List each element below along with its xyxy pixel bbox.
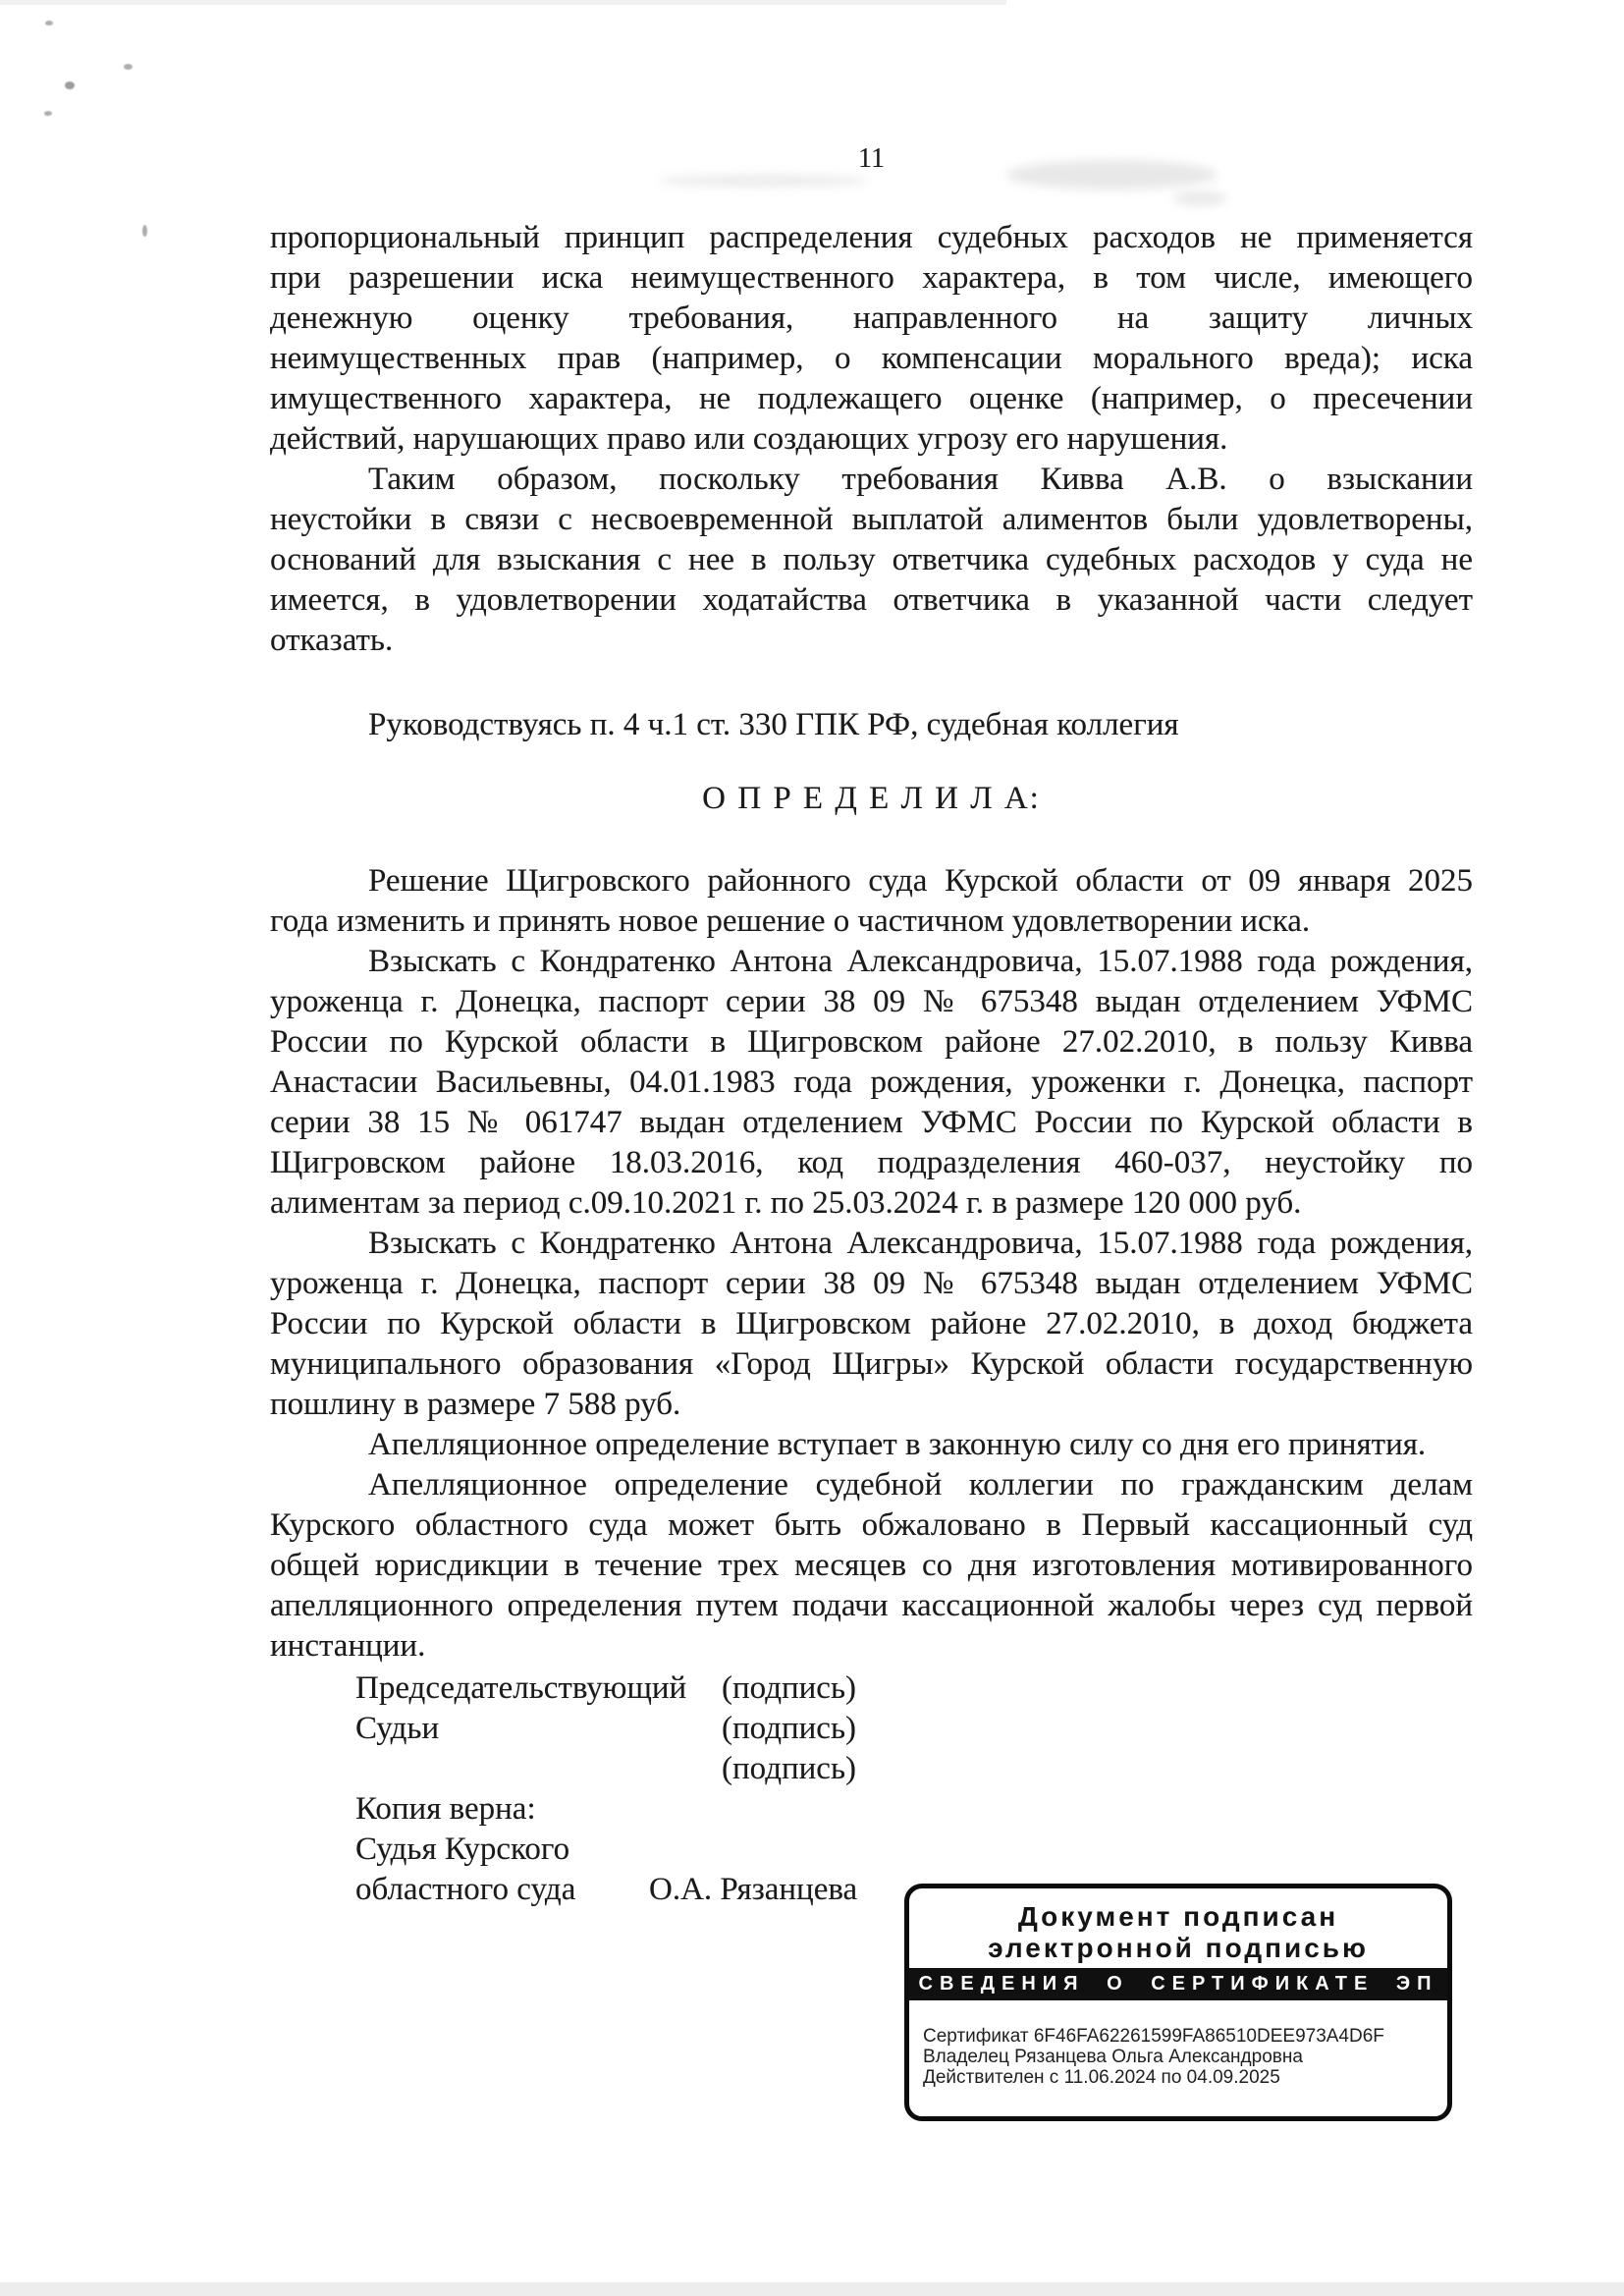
text-line: апелляционного определения путем подачи …: [270, 1586, 1473, 1626]
scan-smudge: [1173, 191, 1227, 205]
text-line: года изменить и принять новое решение о …: [270, 902, 1473, 942]
scan-speck: [65, 82, 75, 89]
scan-edge-bottom: [0, 2282, 1624, 2296]
signature-label: Судья Курского: [355, 1830, 722, 1870]
text-line: пропорциональный принцип распределения с…: [270, 218, 1473, 258]
scan-smudge: [658, 175, 869, 187]
text-line: Решение Щигровского районного суда Курск…: [270, 861, 1473, 902]
text-line: имеется, в удовлетворении ходатайства от…: [270, 580, 1473, 621]
text-line: при разрешении иска неимущественного хар…: [270, 258, 1473, 299]
paragraph: Руководствуясь п. 4 ч.1 ст. 330 ГПК РФ, …: [270, 705, 1473, 745]
text-line: отказать.: [270, 621, 1473, 661]
stamp-cert-number: Сертификат 6F46FA62261599FA86510DEE973A4…: [923, 2026, 1447, 2047]
text-line: имущественного характера, не подлежащего…: [270, 379, 1473, 419]
text-line: оснований для взыскания с нее в пользу о…: [270, 540, 1473, 580]
signature-label: Судьи: [355, 1709, 722, 1749]
text-line: уроженца г. Донецка, паспорт серии 38 09…: [270, 982, 1473, 1022]
document-page: 11 пропорциональный принцип распределени…: [0, 0, 1624, 2296]
signature-label: Копия верна:: [355, 1789, 722, 1830]
signature-label: Председательствующий: [355, 1668, 722, 1709]
scan-smudge: [1006, 160, 1218, 190]
signature-value: (подпись): [722, 1668, 856, 1709]
scan-speck: [44, 111, 52, 116]
text-line: неимущественных прав (например, о компен…: [270, 339, 1473, 379]
text-line: Таким образом, поскольку требования Кивв…: [270, 460, 1473, 500]
scan-speck: [45, 21, 53, 26]
text-line: Взыскать с Кондратенко Антона Александро…: [270, 942, 1473, 982]
text-line: Апелляционное определение судебной колле…: [270, 1465, 1473, 1505]
section-heading: О П Р Е Д Е Л И Л А:: [270, 779, 1473, 819]
stamp-title: Документ подписан электронной подписью: [909, 1901, 1447, 1964]
text-line: алиментам за период с.09.10.2021 г. по 2…: [270, 1183, 1473, 1224]
scan-edge-top: [0, 0, 1006, 5]
signature-label: [355, 1749, 722, 1789]
text-line: серии 38 15 № 061747 выдан отделением УФ…: [270, 1103, 1473, 1143]
text-line: Щигровском районе 18.03.2016, код подраз…: [270, 1143, 1473, 1183]
text-line: Взыскать с Кондратенко Антона Александро…: [270, 1224, 1473, 1264]
signature-value: (подпись): [722, 1709, 856, 1749]
page-number: 11: [270, 142, 1473, 176]
text-line: Руководствуясь п. 4 ч.1 ст. 330 ГПК РФ, …: [270, 705, 1473, 745]
signature-row: Председательствующий(подпись): [355, 1668, 1473, 1709]
text-line: неустойки в связи с несвоевременной выпл…: [270, 500, 1473, 540]
scan-speck: [124, 64, 133, 70]
signature-value: О.А. Рязанцева: [649, 1870, 857, 1910]
text-line: Апелляционное определение вступает в зак…: [270, 1425, 1473, 1465]
signature-value: (подпись): [722, 1749, 856, 1789]
text-line: Анастасии Васильевны, 04.01.1983 года ро…: [270, 1063, 1473, 1103]
signature-row: (подпись): [355, 1749, 1473, 1789]
stamp-title-line2: электронной подписью: [909, 1933, 1447, 1964]
stamp-banner: СВЕДЕНИЯ О СЕРТИФИКАТЕ ЭП: [909, 1968, 1447, 2000]
text-line: России по Курской области в Щигровском р…: [270, 1022, 1473, 1063]
text-line: действий, нарушающих право или создающих…: [270, 419, 1473, 460]
text-line: муниципального образования «Город Щигры»…: [270, 1344, 1473, 1385]
signature-row: Судьи(подпись): [355, 1709, 1473, 1749]
signature-row: Судья Курского: [355, 1830, 1473, 1870]
signature-row: Копия верна:: [355, 1789, 1473, 1830]
signature-label: областного суда: [355, 1870, 649, 1910]
stamp-validity: Действителен с 11.06.2024 по 04.09.2025: [923, 2067, 1447, 2088]
paragraph: пропорциональный принцип распределения с…: [270, 218, 1473, 460]
stamp-title-line1: Документ подписан: [909, 1901, 1447, 1933]
paragraph: Таким образом, поскольку требования Кивв…: [270, 460, 1473, 661]
text-line: России по Курской области в Щигровском р…: [270, 1304, 1473, 1344]
stamp-owner: Владелец Рязанцева Ольга Александровна: [923, 2047, 1447, 2067]
esign-stamp: Документ подписан электронной подписью С…: [904, 1884, 1452, 2121]
text-line: Курского областного суда может быть обжа…: [270, 1505, 1473, 1546]
document-body: пропорциональный принцип распределения с…: [270, 218, 1473, 1667]
stamp-info: Сертификат 6F46FA62261599FA86510DEE973A4…: [909, 2026, 1447, 2088]
text-line: денежную оценку требования, направленног…: [270, 299, 1473, 339]
heading-text: О П Р Е Д Е Л И Л А:: [270, 779, 1473, 819]
signature-block: Председательствующий(подпись)Судьи(подпи…: [355, 1668, 1473, 1910]
text-line: общей юрисдикции в течение трех месяцев …: [270, 1546, 1473, 1586]
paragraph: Решение Щигровского районного суда Курск…: [270, 861, 1473, 1667]
text-line: пошлину в размере 7 588 руб.: [270, 1385, 1473, 1425]
text-line: уроженца г. Донецка, паспорт серии 38 09…: [270, 1264, 1473, 1304]
scan-speck: [142, 225, 147, 237]
text-line: инстанции.: [270, 1626, 1473, 1667]
